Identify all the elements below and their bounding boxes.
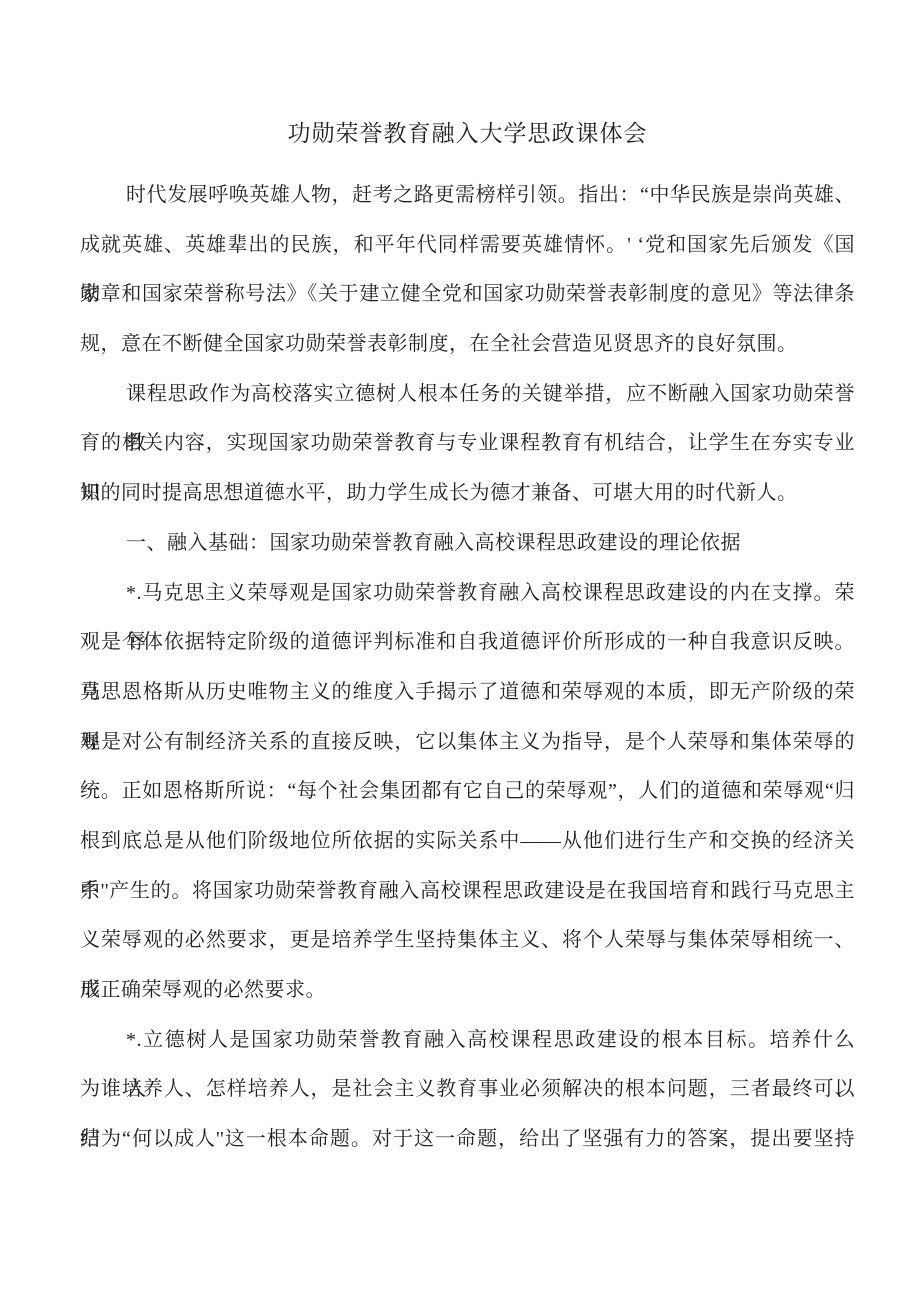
section-heading: 一、融入基础：国家功勋荣誉教育融入高校课程思政建设的理论依据: [80, 519, 855, 569]
text-line: 中''产生的。将国家功勋荣誉教育融入高校课程思政建设是在我国培育和践行马克思主: [80, 867, 855, 917]
paragraph: *.马克思主义荣辱观是国家功勋荣誉教育融入高校课程思政建设的内在支撑。荣辱观是个…: [80, 569, 855, 1016]
text-line: *.马克思主义荣辱观是国家功勋荣誉教育融入高校课程思政建设的内在支撑。荣辱: [80, 569, 855, 619]
text-line: 成正确荣辱观的必然要求。: [80, 966, 855, 1016]
paragraph: 课程思政作为高校落实立德树人根本任务的关键举措，应不断融入国家功勋荣誉教育的相关…: [80, 370, 855, 519]
text-line: 结为“何以成人''这一根本命题。对于这一命题，给出了坚强有力的答案，提出要坚持: [80, 1115, 855, 1165]
text-line: 规，意在不断健全国家功勋荣誉表彰制度，在全社会营造见贤思齐的良好氛围。: [80, 320, 855, 370]
text-line: 观是个体依据特定阶级的道德评判标准和自我道德评价所形成的一种自我意识反映。马: [80, 618, 855, 668]
text-line: 一、融入基础：国家功勋荣誉教育融入高校课程思政建设的理论依据: [80, 519, 855, 569]
paragraph: 时代发展呼唤英雄人物，赶考之路更需榜样引领。指出：“中华民族是崇尚英雄、成就英雄…: [80, 171, 855, 370]
text-line: 一。正如恩格斯所说：“每个社会集团都有它自己的荣辱观”，人们的道德和荣辱观“归: [80, 767, 855, 817]
text-line: 观是对公有制经济关系的直接反映，它以集体主义为指导，是个人荣辱和集体荣辱的统: [80, 718, 855, 768]
document-page: 功勋荣誉教育融入大学思政课体会 时代发展呼唤英雄人物，赶考之路更需榜样引领。指出…: [0, 0, 920, 1301]
text-line: 勋章和国家荣誉称号法》《关于建立健全党和国家功勋荣誉表彰制度的意见》等法律条: [80, 270, 855, 320]
text-line: 义荣辱观的必然要求，更是培养学生坚持集体主义、将个人荣辱与集体荣辱相统一、形: [80, 916, 855, 966]
paragraph: *.立德树人是国家功勋荣誉教育融入高校课程思政建设的根本目标。培养什么人、为谁培…: [80, 1016, 855, 1165]
text-line: 成就英雄、英雄辈出的民族，和平年代同样需要英雄情怀。' ‘党和国家先后颁发《国家: [80, 221, 855, 271]
document-body: 时代发展呼唤英雄人物，赶考之路更需榜样引领。指出：“中华民族是崇尚英雄、成就英雄…: [80, 171, 855, 1165]
document-title: 功勋荣誉教育融入大学思政课体会: [80, 109, 855, 159]
text-line: 克思恩格斯从历史唯物主义的维度入手揭示了道德和荣辱观的本质，即无产阶级的荣辱: [80, 668, 855, 718]
text-line: 为谁培养人、怎样培养人，是社会主义教育事业必须解决的根本问题，三者最终可以归: [80, 1065, 855, 1115]
text-line: 课程思政作为高校落实立德树人根本任务的关键举措，应不断融入国家功勋荣誉教: [80, 370, 855, 420]
text-line: 根到底总是从他们阶级地位所依据的实际关系中——从他们进行生产和交换的经济关系: [80, 817, 855, 867]
text-line: *.立德树人是国家功勋荣誉教育融入高校课程思政建设的根本目标。培养什么人、: [80, 1016, 855, 1066]
text-line: 识的同时提高思想道德水平，助力学生成长为德才兼备、可堪大用的时代新人。: [80, 469, 855, 519]
text-line: 育的相关内容，实现国家功勋荣誉教育与专业课程教育有机结合，让学生在夯实专业知: [80, 419, 855, 469]
text-line: 时代发展呼唤英雄人物，赶考之路更需榜样引领。指出：“中华民族是崇尚英雄、: [80, 171, 855, 221]
